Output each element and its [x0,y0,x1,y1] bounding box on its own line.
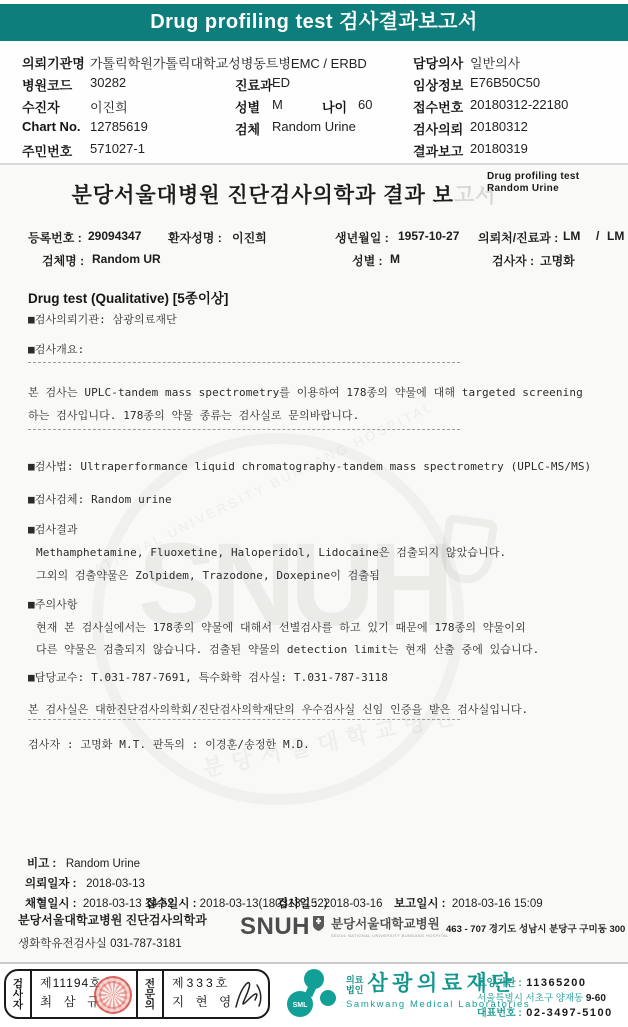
patient-header-row: 주민번호 571027-1 결과보고 20180319 [0,141,628,161]
field-label: 비고 : [27,858,56,870]
body-line: 본 검사는 UPLC-tandem mass spectrometry를 이용하… [28,385,612,400]
body-line: 하는 검사입니다. 178종의 약물 종류는 검사실로 문의바랍니다. [28,408,612,423]
dashed-separator [28,362,460,363]
svg-text:SML: SML [293,1002,309,1009]
snuh-hospital-name: 분당서울대학교병원 SEOUL NATIONAL UNIVERSITY BUND… [331,915,449,938]
field-value: 20180312 [470,119,528,134]
body-line: 본 검사실은 대한진단검사의학회/진단검사의학재단의 우수검사실 신임 인증을 … [28,702,612,717]
report-title: 분당서울대병원 진단검사의학과 결과 보고서 [0,179,568,209]
field-value: 02-3497-5100 [526,1007,613,1019]
field-label: 검체 [235,119,260,138]
snuh-logo-text: SNUH [240,915,310,939]
body-line: ■검사결과 [28,522,612,537]
specialist-cell: 제333호 지 현 영 [164,971,268,1017]
sml-contact-block: 요양기관 : 11365200 서울특별시 서초구 양재동 9-60 대표번호 … [477,973,613,1018]
field-value: 30282 [90,75,126,90]
field-label: 임상정보 [413,75,463,94]
body-line: ■검사의뢰기관: 삼광의료재단 [28,312,612,327]
sml-org-line: 의료 [346,975,363,985]
meta-row: 비고 : Random Urine [0,855,628,870]
snuh-logo: SNUH 분당서울대학교병원 SEOUL NATIONAL UNIVERSITY… [240,915,449,939]
footer-dept: 분당서울대학교병원 진단검사의학과 [18,911,207,928]
body-line: 현재 본 검사실에서는 178종의 약물에 대해서 선별검사를 하고 있기 때문… [28,620,612,635]
field-label: 생년월일 : [335,229,389,246]
field-value: M [272,97,283,112]
tel-row: 대표번호 : 02-3497-5100 [477,1003,613,1018]
field-value: 60 [358,97,372,112]
field-value: Random Urine [66,858,140,870]
field-label: 진료과 [235,75,273,94]
sml-org-line: 법인 [346,985,363,995]
field-label: 등록번호 : [28,229,82,246]
hospital-address: 463 - 707 경기도 성남시 분당구 구미동 300 [446,921,625,935]
certification-stamp-box: 검사자 제11194호 최 삼 규 전문의 제333호 지 현 영 [4,969,270,1019]
field-label: Chart No. [22,119,81,134]
field-separator: / [596,229,599,243]
body-line: ■검사검체: Random urine [28,492,612,507]
field-label: 결과보고 [413,141,463,160]
meta-row: 채혈일시 : 2018-03-13 14:52 접수일시 : 2018-03-1… [0,895,628,910]
patient-header: 의뢰기관명 가톨릭학원가톨릭대학교성병동트병EMC / ERBD 담당의사 일반… [0,41,628,163]
body-line: Methamphetamine, Fluoxetine, Haloperidol… [28,545,612,560]
report-page: Drug profiling test 검사결과보고서 의뢰기관명 가톨릭학원가… [0,0,628,1027]
field-label: 담당의사 [413,53,463,72]
field-label: 주민번호 [22,141,72,160]
field-label: 대표번호 : [477,1008,522,1019]
field-value: 이진희 [232,229,267,246]
snuh-shield-icon [312,915,325,936]
field-value: M [390,252,400,266]
field-label: 검사의뢰 [413,119,463,138]
field-value: 20180319 [470,141,528,156]
signoff-line: 검사자 : 고명화 M.T. 판독의 : 이경훈/송정한 M.D. [28,737,612,752]
field-value: 이진희 [90,97,128,116]
field-value: 20180312-22180 [470,97,568,112]
care-org-row: 요양기관 : 11365200 [477,973,613,988]
field-value: LM [607,229,624,243]
field-value: 29094347 [88,229,141,243]
body-line: 다른 약물은 검출되지 않습니다. 검출된 약물의 detection limi… [28,642,612,657]
field-label: 의뢰일자 : [25,878,76,890]
field-label: 의뢰기관명 [22,53,85,72]
field-value: 2018-03-13 [86,878,145,890]
scanned-report: NATIONAL UNIVERSITY BUNDANG HOSPITAL SNU… [0,165,628,962]
sml-org-type: 의료 법인 [346,975,363,995]
field-value: Random Urine [272,119,356,134]
field-value: 12785619 [90,119,148,134]
meta-row: 의뢰일자 : 2018-03-13 [0,875,628,890]
field-label: 성별 [235,97,260,116]
dashed-separator [28,719,460,720]
report-title-text: 분당서울대병원 진단검사의학과 결과 보 [72,184,454,207]
body-line: ■검사법: Ultraperformance liquid chromatogr… [28,459,612,474]
field-value: 가톨릭학원가톨릭대학교성병동트병EMC / ERBD [90,53,367,72]
field-label: 의뢰처/진료과 : [478,229,558,246]
body-line: 그외의 검출약물은 Zolpidem, Trazodone, Doxepine이… [28,568,612,583]
field-label: 접수번호 [413,97,463,116]
footer-lab: 생화학유전검사실 031-787-3181 [18,935,207,951]
patient-header-row: Chart No. 12785619 검체 Random Urine 검사의뢰 … [0,119,628,139]
field-value: 571027-1 [90,141,145,156]
bottom-bar: 검사자 제11194호 최 삼 규 전문의 제333호 지 현 영 [0,964,628,1025]
sml-address-row: 서울특별시 서초구 양재동 9-60 [477,988,613,1003]
patient-header-row: 병원코드 30282 진료과 ED 임상정보 E76B50C50 [0,75,628,95]
field-label: 환자성명 : [168,229,222,246]
examiner-role-label: 검사자 [6,971,32,1017]
footer-dept-block: 분당서울대학교병원 진단검사의학과 생화학유전검사실 031-787-3181 [18,911,207,951]
field-value: E76B50C50 [470,75,540,90]
page-title: Drug profiling test 검사결과보고서 [0,4,628,41]
test-name-heading: Drug test (Qualitative) [5종이상] [28,287,612,303]
report-body: Drug test (Qualitative) [5종이상] ■검사의뢰기관: … [28,287,612,752]
field-value: ED [272,75,290,90]
field-value: 1957-10-27 [398,229,459,243]
field-label: 검사자 : [492,252,534,269]
report-info-row: 등록번호 : 29094347 환자성명 : 이진희 생년월일 : 1957-1… [0,229,628,245]
field-label: 수진자 [22,97,60,116]
red-seal-stamp [94,976,132,1014]
field-label: 성별 : [352,252,383,269]
signature-icon [228,975,268,1019]
report-title-faded: 고서 [454,184,497,207]
field-value: LM [563,229,580,243]
report-footer: 분당서울대학교병원 진단검사의학과 생화학유전검사실 031-787-3181 … [0,909,628,961]
body-line: ■주의사항 [28,597,612,612]
field-value: 일반의사 [470,53,520,72]
field-value: Random UR [92,252,161,266]
sml-logo-icon: SML [283,966,339,1027]
field-label: 나이 [322,97,347,116]
snuh-hospital-kr: 분당서울대학교병원 [331,917,449,931]
report-info-row: 검체명 : Random UR 성별 : M 검사자 : 고명화 [0,252,628,268]
body-line: ■검사개요: [28,342,612,357]
field-label: 검체명 : [42,252,84,269]
examiner-cell: 제11194호 최 삼 규 [32,971,138,1017]
field-value: 고명화 [540,252,575,269]
patient-header-row: 의뢰기관명 가톨릭학원가톨릭대학교성병동트병EMC / ERBD 담당의사 일반… [0,53,628,73]
snuh-hospital-sub: SEOUL NATIONAL UNIVERSITY BUNDANG HOSPIT… [331,933,449,938]
body-line: ■담당교수: T.031-787-7691, 특수화학 검사실: T.031-7… [28,670,612,685]
specialist-role-label: 전문의 [138,971,164,1017]
patient-header-row: 수진자 이진희 성별 M 나이 60 접수번호 20180312-22180 [0,97,628,117]
field-label: 병원코드 [22,75,72,94]
dashed-separator [28,429,460,430]
